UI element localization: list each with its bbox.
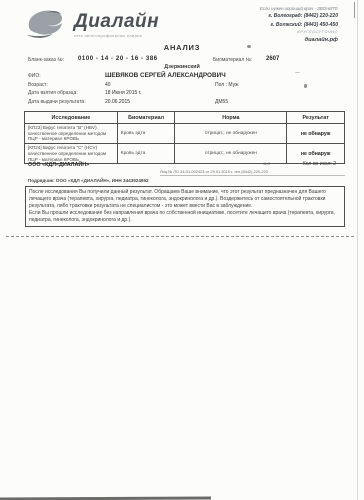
contact-slogan: Если нужен хороший врач - ЗВОНИТЕ (260, 5, 338, 12)
logo: Диалайн сеть многопрофильных клиник (22, 6, 192, 40)
biomaterial-cell: Кровь эдта (117, 124, 175, 144)
document-title: АНАЛИЗ (0, 43, 364, 52)
age-label: Возраст: (28, 83, 48, 88)
sample-date-value: 18 Июня 2015 г. (105, 91, 141, 96)
research-cell: [КП23] Вирус гепатита "В" (HBV) качестве… (25, 124, 118, 144)
fio-label: ФИО: (28, 74, 41, 79)
sex-value: Пол : Муж (215, 83, 238, 88)
license-line: Лиц.№ ЛО-34-01-002423 от 29.01.2015 г. т… (160, 169, 345, 176)
blank-order-label: Бланк-заказ №: (28, 57, 64, 63)
disclaimer-paragraph-1: После исследования Вы получили данный ре… (29, 189, 341, 210)
contact-volgograd: г. Волгоград: (8442) 220-220 (260, 12, 338, 21)
disclaimer-box: После исследования Вы получили данный ре… (25, 186, 345, 227)
col-header-norm: Норма (175, 112, 287, 124)
tests-count: Кол-во иссл: 2 (303, 161, 336, 167)
brand-tagline: сеть многопрофильных клиник (74, 33, 159, 38)
patient-info: ФИО: ШЕВЯКОВ СЕРГЕЙ АЛЕКСАНДРОВИЧ Возрас… (28, 74, 340, 108)
fio-value: ШЕВЯКОВ СЕРГЕЙ АЛЕКСАНДРОВИЧ (105, 73, 226, 79)
org-name: ООО «КДЛ«ДИАЛАЙН» (28, 162, 89, 168)
sample-date-label: Дата взятия образца: (28, 91, 78, 96)
table-header-row: Исследование Биоматериал Норма Результат (25, 112, 345, 124)
doctor-code: ДМ55 (215, 100, 228, 105)
table-row: [КП23] Вирус гепатита "В" (HBV) качестве… (25, 124, 345, 144)
norm-cell: отрицат.; не обнаружен (175, 124, 287, 144)
result-cell: не обнаруж (287, 124, 345, 144)
col-header-research: Исследование (25, 112, 118, 124)
disclaimer-paragraph-2: Если Вы прошли исследование без направле… (29, 210, 341, 224)
dashed-separator (6, 236, 354, 237)
blank-order-number: 0100 - 14 - 20 - 16 - 386 (78, 56, 158, 62)
biomaterial-label: Биоматериал №: (213, 57, 252, 63)
col-header-biomaterial: Биоматериал (117, 112, 175, 124)
contractor-line: Подрядчик: ООО «КДЛ «ДИАЛАЙН», ИНН 34439… (28, 178, 149, 183)
scan-edge-bottom (0, 496, 211, 500)
age-value: 40 (105, 83, 111, 88)
dialine-swan-icon (22, 6, 68, 40)
result-date-label: Дата выдачи результата: (28, 100, 86, 105)
ml-note: м.л (264, 161, 271, 166)
contact-block: Если нужен хороший врач - ЗВОНИТЕ г. Вол… (260, 5, 338, 45)
scanned-analysis-document: Диалайн сеть многопрофильных клиник Если… (0, 0, 364, 500)
scan-edge-right (357, 0, 358, 500)
results-table: Исследование Биоматериал Норма Результат… (24, 111, 345, 164)
contact-volzhsky: г. Волжский: (8443) 450-450 (260, 21, 338, 30)
brand-name: Диалайн (74, 12, 159, 31)
branch-name: Дзержинский (0, 64, 364, 70)
biomaterial-number: 2607 (266, 56, 279, 62)
result-date-value: 20.06.2015 (105, 100, 130, 105)
col-header-result: Результат (287, 112, 345, 124)
scan-edge-corner (354, 2, 355, 18)
scan-artifact (295, 72, 300, 73)
